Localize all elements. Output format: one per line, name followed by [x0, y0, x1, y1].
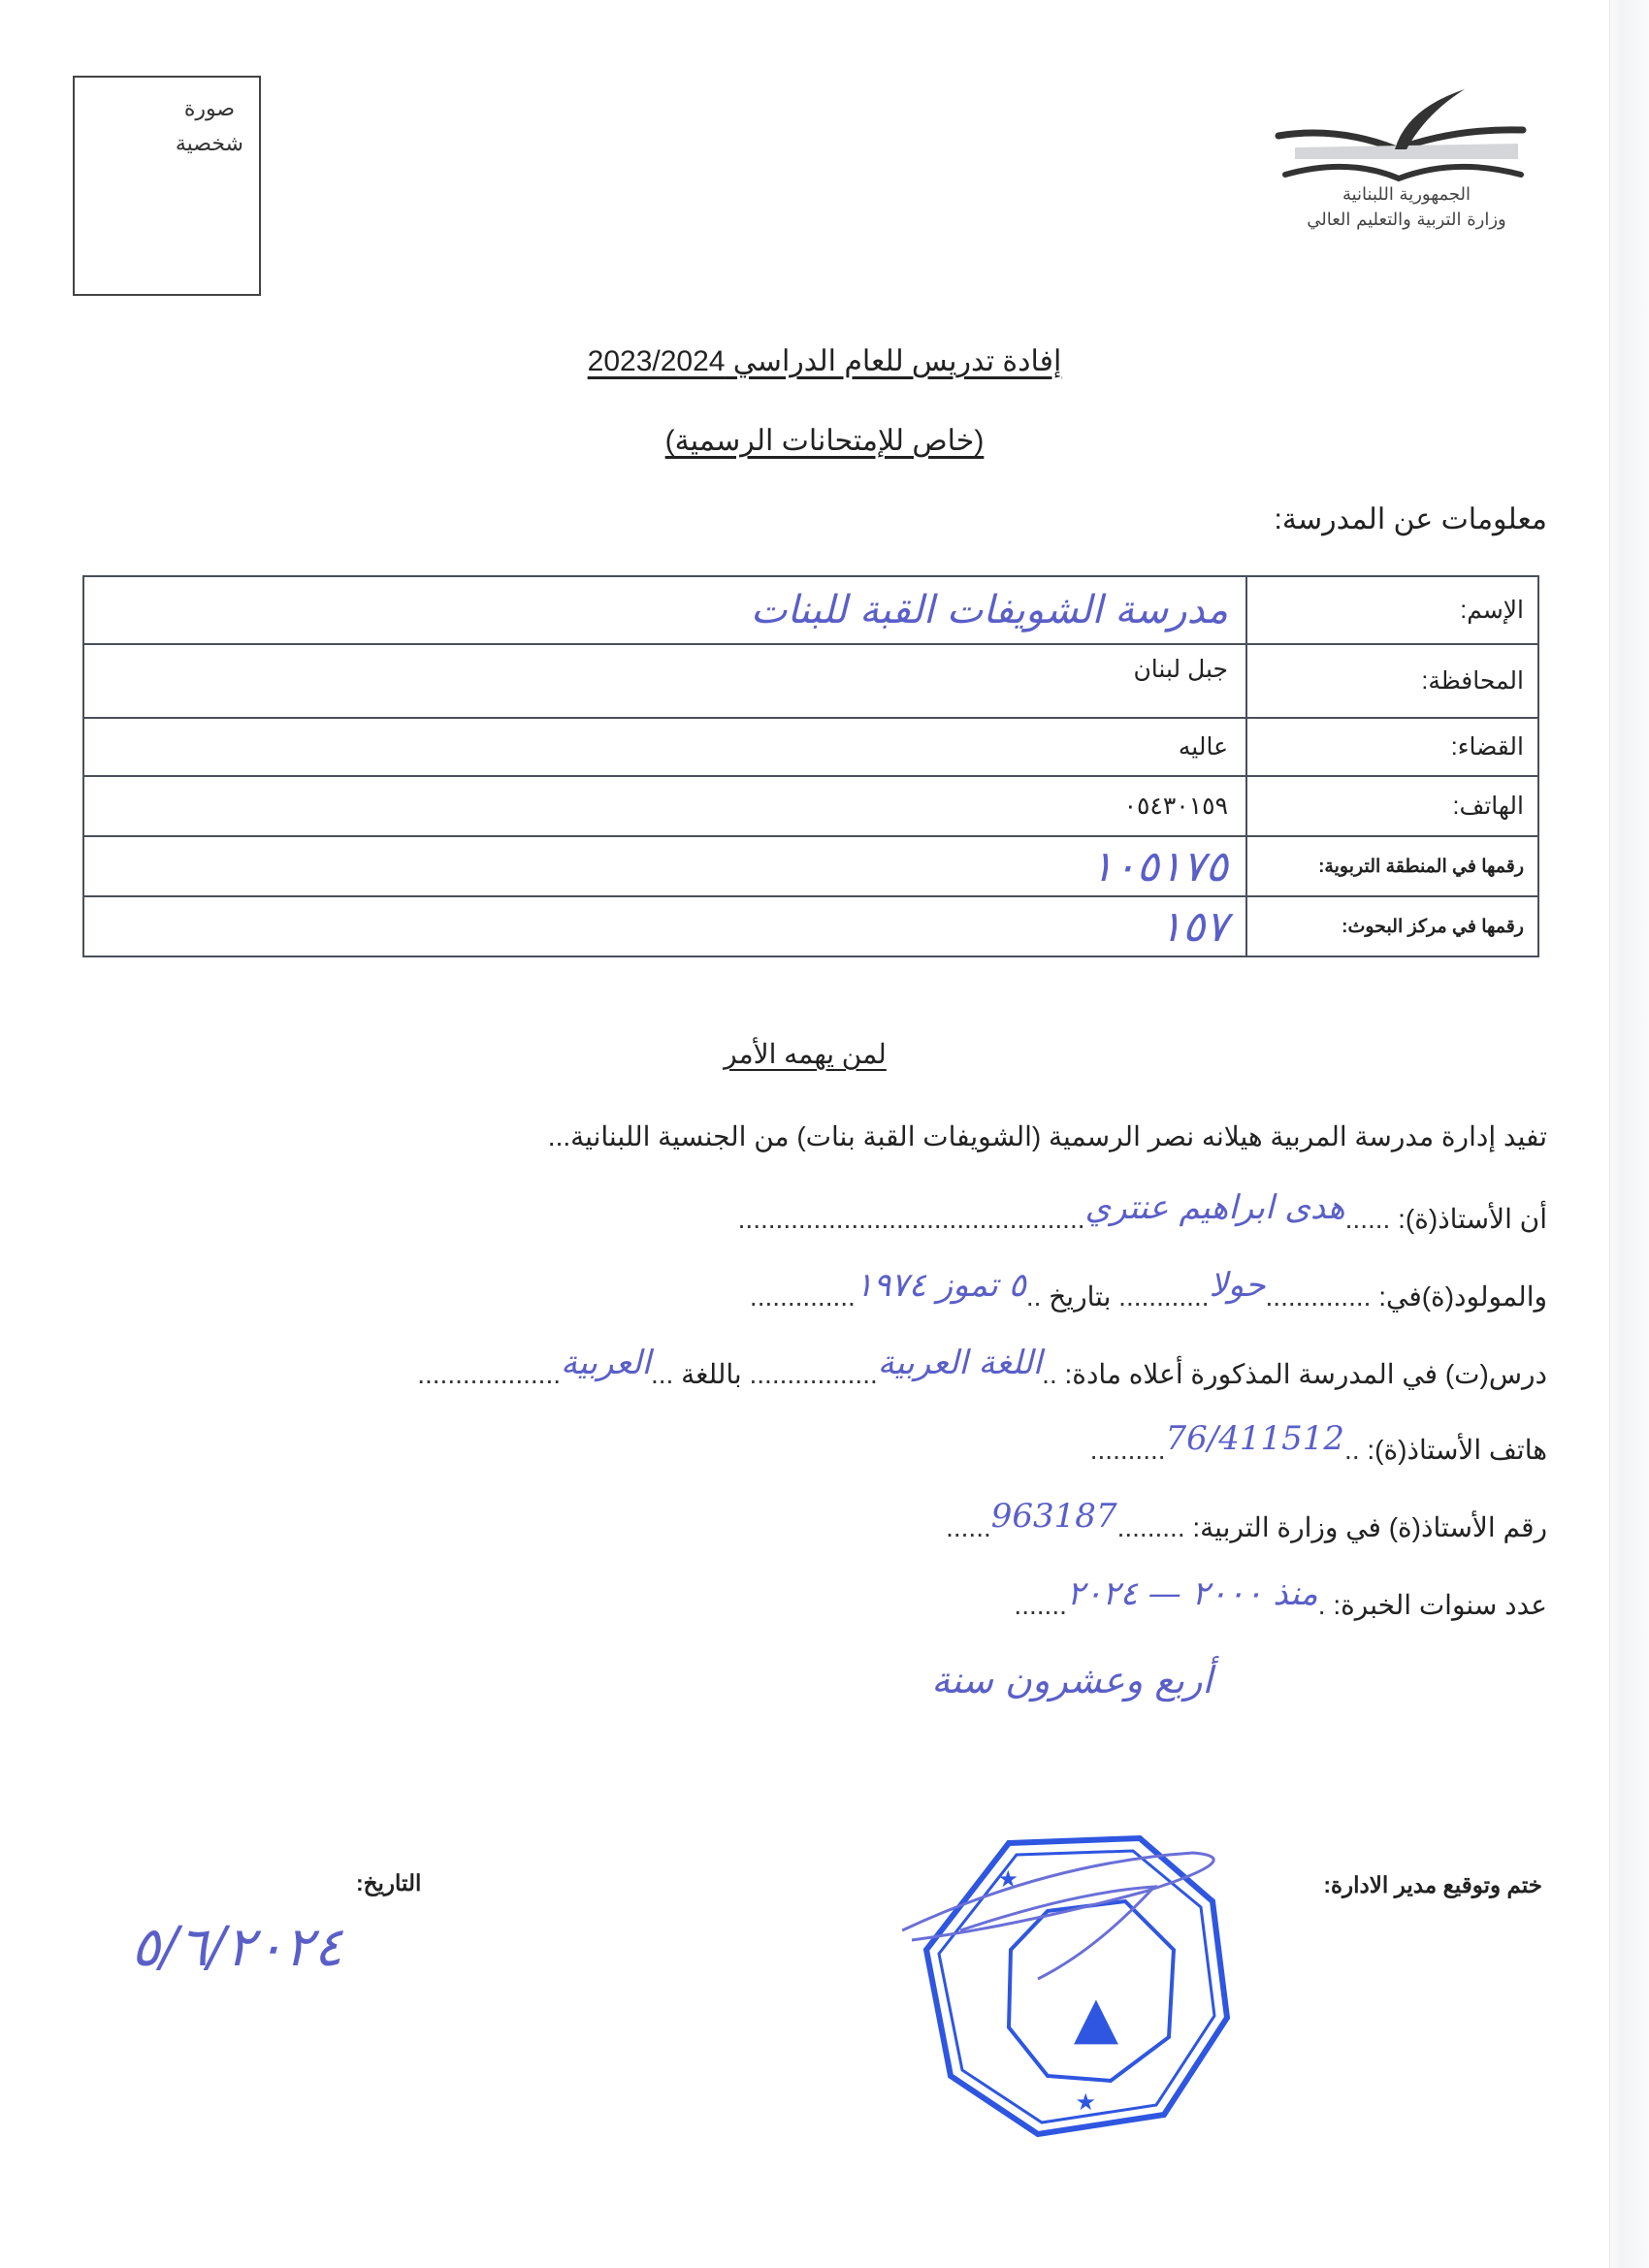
governorate-value: جبل لبنان [83, 644, 1246, 718]
teacher-name-label: أن الأستاذ(ة): [1398, 1204, 1547, 1234]
certificate-intro: تفيد إدارة مدرسة المربية هيلانه نصر الرس… [548, 1120, 1547, 1152]
ministry-number-label: رقم الأستاذ(ة) في وزارة التربية: [1192, 1512, 1547, 1542]
ministry-number-line: رقم الأستاذ(ة) في وزارة التربية: .......… [946, 1507, 1547, 1545]
language-value: العربية [561, 1344, 651, 1382]
experience-label: عدد سنوات الخبرة: [1333, 1590, 1547, 1620]
school-name-value: مدرسة الشويفات القبة للبنات [751, 588, 1228, 632]
date-value: ٥/٦/٢٠٢٤ [131, 1916, 342, 1979]
dotted-fill: ......... [1117, 1512, 1185, 1542]
stamp-signature-label: ختم وتوقيع مدير الادارة: [1323, 1872, 1542, 1898]
ministry-logo: الجمهورية اللبنانية وزارة التربية والتعل… [1271, 89, 1542, 244]
research-center-number-cell: ١٥٧ [83, 896, 1246, 956]
table-row: رقمها في المنطقة التربوية: ١٠٥١٧٥ [83, 836, 1538, 896]
birth-date-label: بتاريخ [1049, 1281, 1111, 1312]
svg-text:★: ★ [1075, 2089, 1096, 2116]
certificate-heading: لمن يهمه الأمر [660, 1038, 951, 1070]
birth-place-value: حولا [1210, 1266, 1266, 1305]
dotted-fill: ................. [750, 1359, 878, 1389]
birth-date-value: ٥ تموز ١٩٧٤ [856, 1266, 1026, 1305]
dotted-fill: .............. [1266, 1281, 1372, 1312]
table-row: المحافظة: جبل لبنان [83, 644, 1538, 718]
research-center-number-value: ١٥٧ [1159, 902, 1228, 952]
educational-region-number-label: رقمها في المنطقة التربوية: [1246, 836, 1538, 896]
svg-text:▲: ▲ [1074, 1984, 1118, 2052]
photo-label-line1: صورة [176, 91, 243, 126]
certificate-heading-text: لمن يهمه الأمر [724, 1039, 887, 1069]
district-value: عاليه [83, 718, 1246, 776]
educational-region-number-value: ١٠٥١٧٥ [1090, 842, 1228, 891]
school-name-value-cell: مدرسة الشويفات القبة للبنات [83, 576, 1246, 644]
logo-ministry-text: وزارة التربية والتعليم العالي [1271, 210, 1542, 230]
dotted-fill: .. [1042, 1359, 1057, 1389]
dotted-fill: ... [651, 1359, 673, 1389]
document-subtitle-text: (خاص للإمتحانات الرسمية) [665, 425, 985, 457]
dotted-fill: .. [1344, 1435, 1360, 1465]
table-row: رقمها في مركز البحوث: ١٥٧ [83, 896, 1538, 956]
official-stamp-icon: ▲ ★ ★ [902, 1833, 1309, 2144]
school-info-table: الإسم: مدرسة الشويفات القبة للبنات المحا… [82, 575, 1539, 957]
ministry-number-value: 963187 [991, 1497, 1117, 1536]
phone-value: ٠٥٤٣٠١٥٩ [83, 776, 1246, 836]
experience-line: عدد سنوات الخبرة: .منذ ٢٠٠٠ — ٢٠٢٤......… [1014, 1584, 1547, 1623]
dotted-fill: ............ [1118, 1281, 1209, 1312]
subject-line: درس(ت) في المدرسة المذكورة أعلاه مادة: .… [417, 1353, 1547, 1392]
dotted-fill: ...... [1345, 1204, 1391, 1234]
document-subtitle: (خاص للإمتحانات الرسمية) [485, 424, 1164, 458]
birth-place-label: والمولود(ة)في: [1378, 1281, 1547, 1312]
scan-page-edge [1609, 0, 1649, 2268]
dotted-fill: .......... [1090, 1435, 1166, 1465]
language-label: باللغة [681, 1359, 742, 1389]
teacher-phone-label: هاتف الأستاذ(ة): [1367, 1435, 1547, 1465]
teacher-name-line: أن الأستاذ(ة): ......هدى ابراهيم عنتري..… [738, 1198, 1547, 1237]
open-book-icon [1271, 89, 1542, 186]
logo-republic-text: الجمهورية اللبنانية [1271, 184, 1542, 205]
district-label: القضاء: [1246, 718, 1538, 776]
dotted-fill: . [1318, 1590, 1326, 1620]
school-name-label: الإسم: [1246, 576, 1538, 644]
experience-in-words: أربع وعشرون سنة [0, 1659, 1212, 1701]
phone-label: الهاتف: [1246, 776, 1538, 836]
document-title-text: إفادة تدريس للعام الدراسي 2023/2024 [588, 345, 1062, 377]
personal-photo-box: صورة شخصية [73, 76, 261, 296]
document-title: إفادة تدريس للعام الدراسي 2023/2024 [485, 344, 1164, 378]
table-row: الإسم: مدرسة الشويفات القبة للبنات [83, 576, 1538, 644]
dotted-fill: .............. [750, 1281, 856, 1312]
birth-line: والمولود(ة)في: ..............حولا.......… [750, 1276, 1547, 1314]
dotted-fill: ................... [417, 1359, 561, 1389]
photo-label-line2: شخصية [176, 126, 243, 161]
dotted-fill: .. [1026, 1281, 1042, 1312]
research-center-number-label: رقمها في مركز البحوث: [1246, 896, 1538, 956]
teacher-phone-value: 76/411512 [1166, 1419, 1345, 1458]
experience-value: منذ ٢٠٠٠ — ٢٠٢٤ [1067, 1574, 1318, 1613]
teacher-phone-line: هاتف الأستاذ(ة): ..76/411512.......... [1090, 1429, 1547, 1468]
dotted-fill: ...... [946, 1512, 991, 1542]
educational-region-number-cell: ١٠٥١٧٥ [83, 836, 1246, 896]
subject-value: اللغة العربية [878, 1344, 1042, 1382]
school-info-heading: معلومات عن المدرسة: [1275, 502, 1547, 536]
dotted-fill: ....... [1014, 1590, 1066, 1620]
teacher-name-value: هدى ابراهيم عنتري [1085, 1188, 1345, 1227]
governorate-label: المحافظة: [1246, 644, 1538, 718]
table-row: القضاء: عاليه [83, 718, 1538, 776]
photo-box-label: صورة شخصية [176, 91, 243, 161]
subject-label: درس(ت) في المدرسة المذكورة أعلاه مادة: [1065, 1359, 1547, 1389]
date-label: التاريخ: [356, 1870, 421, 1896]
dotted-fill: ........................................… [738, 1204, 1085, 1234]
table-row: الهاتف: ٠٥٤٣٠١٥٩ [83, 776, 1538, 836]
